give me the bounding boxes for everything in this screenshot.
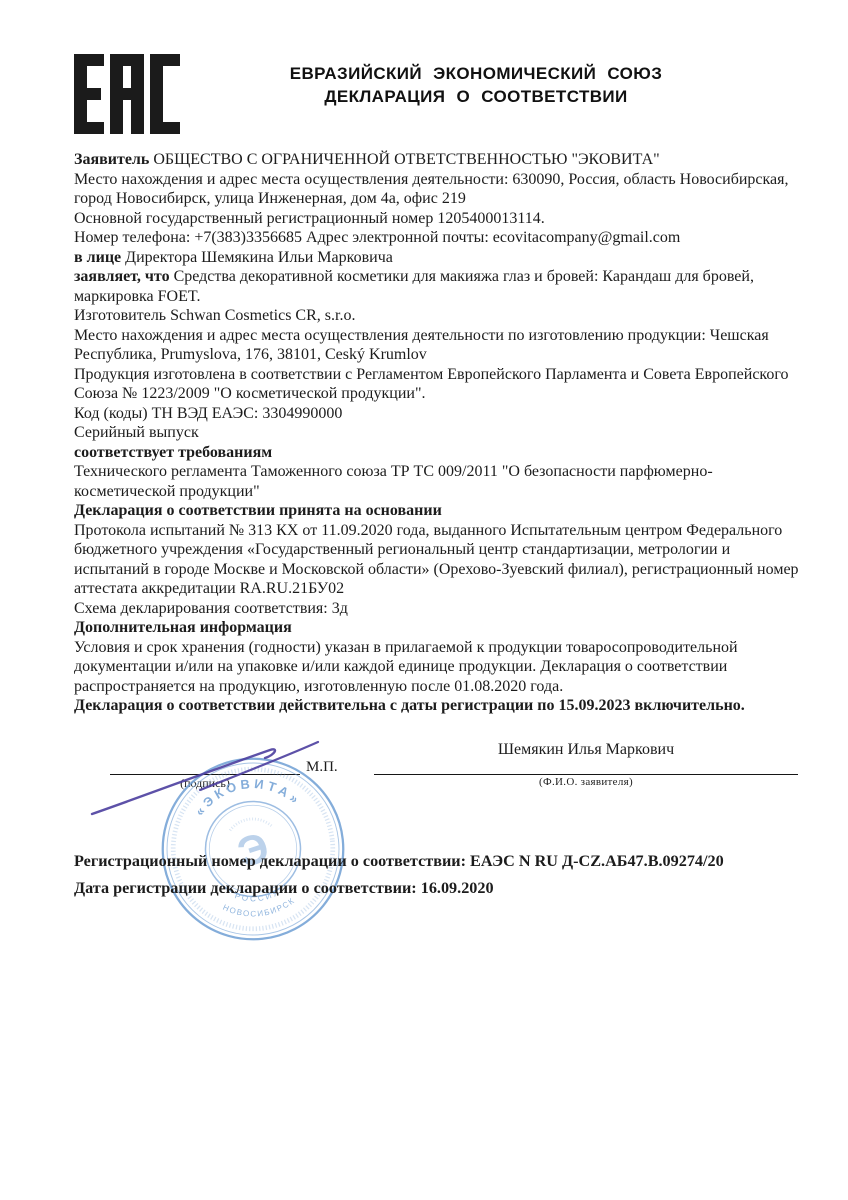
title-declaration: ДЕКЛАРАЦИЯ О СООТВЕТСТВИИ (180, 85, 772, 108)
paragraph-text: ОБЩЕСТВО С ОГРАНИЧЕННОЙ ОТВЕТСТВЕННОСТЬЮ… (153, 151, 659, 168)
document-paragraph: Код (коды) ТН ВЭД ЕАЭС: 3304990000 (74, 404, 802, 424)
document-paragraph: соответствует требованиям (74, 443, 802, 463)
document-title: ЕВРАЗИЙСКИЙ ЭКОНОМИЧЕСКИЙ СОЮЗ ДЕКЛАРАЦИ… (180, 54, 772, 108)
document-paragraph: Заявитель ОБЩЕСТВО С ОГРАНИЧЕННОЙ ОТВЕТС… (74, 150, 802, 170)
paragraph-text: Условия и срок хранения (годности) указа… (74, 639, 738, 695)
paragraph-text: Технического регламента Таможенного союз… (74, 463, 713, 500)
document-paragraph: Серийный выпуск (74, 423, 802, 443)
paragraph-text: Место нахождения и адрес места осуществл… (74, 327, 769, 364)
registration-block: Регистрационный номер декларации о соотв… (74, 848, 802, 902)
paragraph-text: Средства декоративной косметики для маки… (74, 268, 754, 305)
paragraph-lead-bold: Дополнительная информация (74, 619, 292, 636)
paragraph-text: Место нахождения и адрес места осуществл… (74, 171, 789, 208)
paragraph-text: Номер телефона: +7(383)3356685 Адрес эле… (74, 229, 680, 246)
signature-section: «ЭКОВИТА» РОССИЯ НОВОСИБИРСК Э (подпись)… (74, 730, 802, 820)
document-paragraph: Место нахождения и адрес места осуществл… (74, 170, 802, 209)
signature-ink (78, 714, 350, 830)
applicant-name: Шемякин Илья Маркович (374, 741, 798, 759)
paragraph-text: Директора Шемякина Ильи Марковича (125, 249, 393, 266)
paragraph-lead-bold: Декларация о соответствии действительна … (74, 697, 745, 714)
registration-date-line: Дата регистрации декларации о соответств… (74, 875, 802, 902)
paragraph-text: Код (коды) ТН ВЭД ЕАЭС: 3304990000 (74, 405, 342, 422)
document-paragraph: Технического регламента Таможенного союз… (74, 462, 802, 501)
eac-logo-icon (74, 54, 180, 134)
paragraph-text: Схема декларирования соответствия: 3д (74, 600, 348, 617)
declaration-document: ЕВРАЗИЙСКИЙ ЭКОНОМИЧЕСКИЙ СОЮЗ ДЕКЛАРАЦИ… (0, 0, 848, 1200)
paragraph-text: Продукция изготовлена в соответствии с Р… (74, 366, 789, 403)
document-paragraph: Схема декларирования соответствия: 3д (74, 599, 802, 619)
applicant-name-line (374, 774, 798, 775)
document-paragraph: Условия и срок хранения (годности) указа… (74, 638, 802, 697)
document-paragraph: Дополнительная информация (74, 618, 802, 638)
paragraph-text: Изготовитель Schwan Cosmetics CR, s.r.o. (74, 307, 355, 324)
document-paragraph: Изготовитель Schwan Cosmetics CR, s.r.o. (74, 306, 802, 326)
applicant-caption: (Ф.И.О. заявителя) (374, 776, 798, 788)
paragraph-lead-bold: соответствует требованиям (74, 444, 272, 461)
registration-number-line: Регистрационный номер декларации о соотв… (74, 848, 802, 875)
document-paragraph: Номер телефона: +7(383)3356685 Адрес эле… (74, 228, 802, 248)
paragraph-lead-bold: в лице (74, 249, 125, 266)
document-paragraph: Декларация о соответствии принята на осн… (74, 501, 802, 521)
title-union: ЕВРАЗИЙСКИЙ ЭКОНОМИЧЕСКИЙ СОЮЗ (180, 62, 772, 85)
paragraph-text: Основной государственный регистрационный… (74, 210, 545, 227)
document-paragraph: Место нахождения и адрес места осуществл… (74, 326, 802, 365)
paragraph-text: Протокола испытаний № 313 КХ от 11.09.20… (74, 522, 799, 598)
document-paragraph: в лице Директора Шемякина Ильи Марковича (74, 248, 802, 268)
document-paragraph: Основной государственный регистрационный… (74, 209, 802, 229)
paragraph-lead-bold: Декларация о соответствии принята на осн… (74, 502, 442, 519)
document-body: Заявитель ОБЩЕСТВО С ОГРАНИЧЕННОЙ ОТВЕТС… (74, 150, 802, 716)
paragraph-text: Серийный выпуск (74, 424, 199, 441)
paragraph-lead-bold: заявляет, что (74, 268, 174, 285)
paragraph-lead-bold: Заявитель (74, 151, 153, 168)
document-paragraph: Продукция изготовлена в соответствии с Р… (74, 365, 802, 404)
document-header: ЕВРАЗИЙСКИЙ ЭКОНОМИЧЕСКИЙ СОЮЗ ДЕКЛАРАЦИ… (74, 54, 802, 134)
document-paragraph: Протокола испытаний № 313 КХ от 11.09.20… (74, 521, 802, 599)
document-paragraph: заявляет, что Средства декоративной косм… (74, 267, 802, 306)
